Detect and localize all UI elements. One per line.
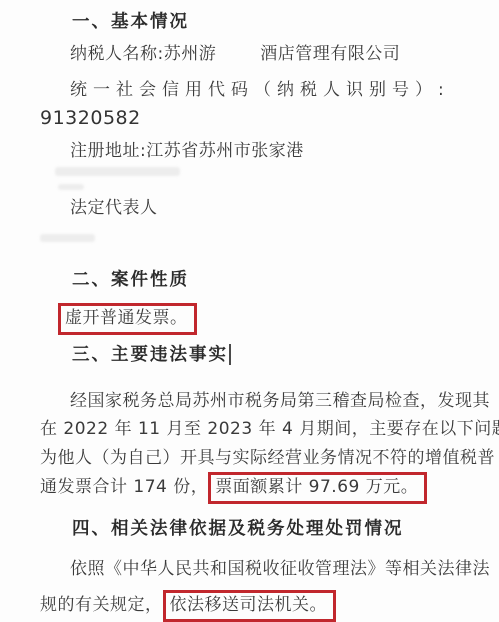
- referral-highlight-text: 依法移送司法机关。: [170, 595, 328, 615]
- section2-heading: 二、案件性质: [72, 269, 189, 291]
- facts-line1: 经国家税务总局苏州市税务局第三稽查局检查，发现其: [70, 390, 490, 412]
- law-line1: 依照《中华人民共和国税收征收管理法》等相关法律法: [70, 558, 490, 580]
- credit-code-value: 91320582: [40, 107, 141, 129]
- facts-line4-prefix: 通发票合计 174 份，: [40, 477, 208, 497]
- redacted-smudge: [55, 167, 180, 176]
- facts-line3: 为他人（为自己）开具与实际经营业务情况不符的增值税普: [40, 447, 495, 469]
- section4-heading: 四、相关法律依据及税务处理处罚情况: [72, 518, 404, 540]
- amount-highlight-box: 票面额累计 97.69 万元。: [208, 472, 427, 504]
- facts-line4: 通发票合计 174 份，票面额累计 97.69 万元。: [40, 472, 427, 504]
- amount-highlight-text: 票面额累计 97.69 万元。: [215, 477, 418, 497]
- tax-document-page[interactable]: 一、基本情况 纳税人名称:苏州游酒店管理有限公司 统一社会信用代码（纳税人识别号…: [0, 0, 499, 622]
- taxpayer-name-line: 纳税人名称:苏州游酒店管理有限公司: [70, 43, 400, 65]
- section1-heading: 一、基本情况: [72, 11, 189, 33]
- redacted-smudge: [40, 234, 95, 242]
- credit-code-label: 统一社会信用代码（纳税人识别号）:: [70, 79, 450, 101]
- case-nature-line: 虚开普通发票。: [58, 303, 197, 335]
- legal-representative-label: 法定代表人: [70, 197, 158, 219]
- law-line2: 规的有关规定，依法移送司法机关。: [40, 590, 336, 622]
- case-nature-text: 虚开普通发票。: [65, 308, 188, 328]
- redacted-smudge: [58, 184, 84, 190]
- law-line2-prefix: 规的有关规定，: [40, 595, 163, 615]
- case-nature-highlight-box: 虚开普通发票。: [58, 303, 197, 335]
- registered-address: 注册地址:江苏省苏州市张家港: [70, 140, 304, 162]
- section3-heading-line: 三、主要违法事实: [72, 344, 231, 366]
- taxpayer-name-suffix: 酒店管理有限公司: [260, 44, 400, 64]
- referral-highlight-box: 依法移送司法机关。: [163, 590, 337, 622]
- taxpayer-name-label: 纳税人名称:苏州游: [70, 44, 216, 64]
- facts-line2: 在 2022 年 11 月至 2023 年 4 月期间，主要存在以下问题:: [40, 418, 499, 440]
- text-cursor: [229, 344, 231, 365]
- section3-heading: 三、主要违法事实: [72, 345, 228, 365]
